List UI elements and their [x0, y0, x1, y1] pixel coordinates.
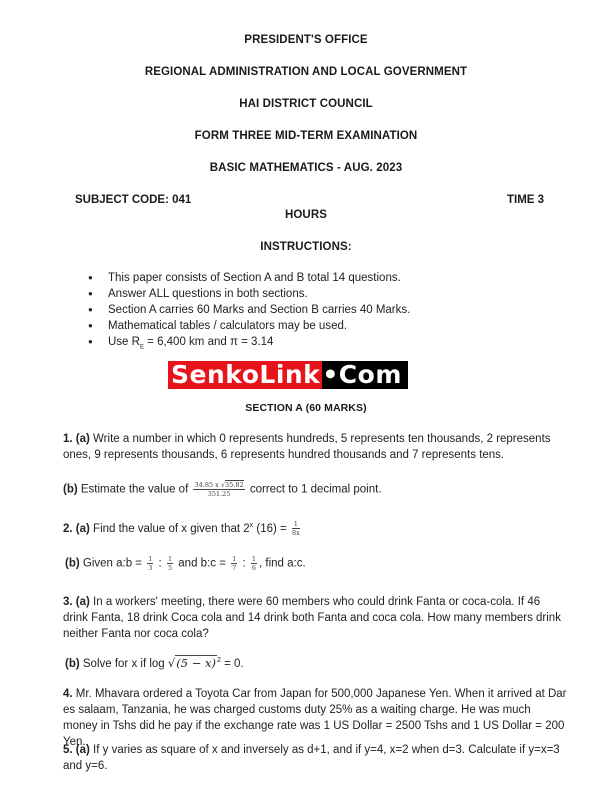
question-4: 4. Mr. Mhavara ordered a Toyota Car from… [63, 686, 568, 750]
fraction-estimate: 34.85 x √35.82351.25 [193, 481, 244, 498]
question-3b: (b) Solve for x if log √(5 − x)2 = 0. [65, 653, 565, 672]
senkolink-logo: SenkoLink•Com [168, 361, 408, 389]
instructions-title: INSTRUCTIONS: [0, 241, 612, 253]
exam-time-hours: HOURS [0, 209, 612, 221]
instruction-item-constants: Use RE = 6,400 km and π = 3.14 [88, 334, 410, 355]
question-1a: 1. (a) Write a number in which 0 represe… [63, 431, 563, 463]
instruction-item: This paper consists of Section A and B t… [88, 270, 410, 286]
logo-part-black: •Com [322, 361, 408, 389]
question-3a: 3. (a) In a workers' meeting, there were… [63, 594, 568, 642]
instruction-item: Section A carries 60 Marks and Section B… [88, 302, 410, 318]
header-subject-title: BASIC MATHEMATICS - AUG. 2023 [0, 162, 612, 174]
exam-time: TIME 3 [507, 194, 544, 206]
header-regional-admin: REGIONAL ADMINISTRATION AND LOCAL GOVERN… [0, 66, 612, 78]
header-district-council: HAI DISTRICT COUNCIL [0, 98, 612, 110]
question-1b: (b) Estimate the value of 34.85 x √35.82… [63, 481, 563, 498]
question-2b: (b) Given a:b = 13 : 15 and b:c = 17 : 1… [65, 555, 565, 572]
header-presidents-office: PRESIDENT'S OFFICE [0, 34, 612, 46]
subject-code: SUBJECT CODE: 041 [75, 194, 191, 206]
instructions-list: This paper consists of Section A and B t… [88, 270, 410, 355]
question-2a: 2. (a) Find the value of x given that 2x… [63, 518, 563, 537]
question-5a: 5. (a) If y varies as square of x and in… [63, 742, 563, 774]
logo-part-red: SenkoLink [168, 361, 322, 389]
instruction-item: Answer ALL questions in both sections. [88, 286, 410, 302]
section-a-title: SECTION A (60 MARKS) [0, 402, 612, 414]
header-exam-title: FORM THREE MID-TERM EXAMINATION [0, 130, 612, 142]
instruction-item: Mathematical tables / calculators may be… [88, 318, 410, 334]
sqrt-expression: √(5 − x) [168, 655, 217, 670]
